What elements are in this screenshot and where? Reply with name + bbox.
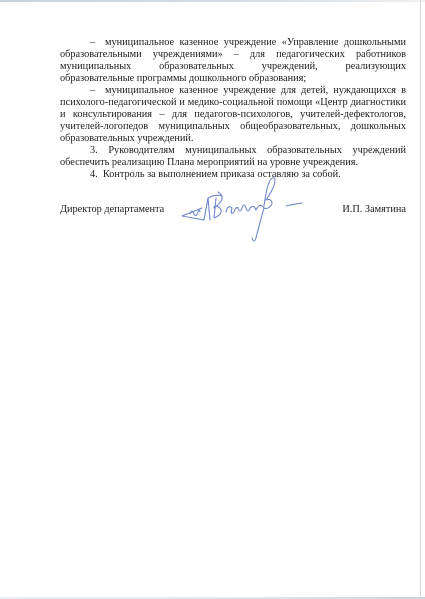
list-marker: – bbox=[60, 85, 105, 97]
numbered-item: 3. Руководителям муниципальных образоват… bbox=[60, 145, 406, 169]
signature-block: Директор департамента И.П. Замятина bbox=[60, 204, 406, 234]
list-item-text: муниципальное казенное учреждение для де… bbox=[60, 85, 406, 144]
list-item: –муниципальное казенное учреждение для д… bbox=[60, 85, 406, 145]
signer-name: И.П. Замятина bbox=[342, 204, 406, 215]
list-marker: – bbox=[60, 37, 105, 49]
document-body: –муниципальное казенное учреждение «Упра… bbox=[60, 37, 406, 181]
item-number: 4. bbox=[90, 169, 98, 180]
list-item-text: муниципальное казенное учреждение «Управ… bbox=[60, 37, 406, 84]
item-text: Руководителям муниципальных образователь… bbox=[60, 145, 406, 168]
scan-edge-top bbox=[0, 0, 425, 2]
item-number: 3. bbox=[90, 145, 98, 156]
scan-edge-right bbox=[420, 0, 421, 599]
position-title: Директор департамента bbox=[60, 204, 164, 215]
handwritten-signature-icon bbox=[178, 176, 338, 246]
list-item: –муниципальное казенное учреждение «Упра… bbox=[60, 37, 406, 85]
